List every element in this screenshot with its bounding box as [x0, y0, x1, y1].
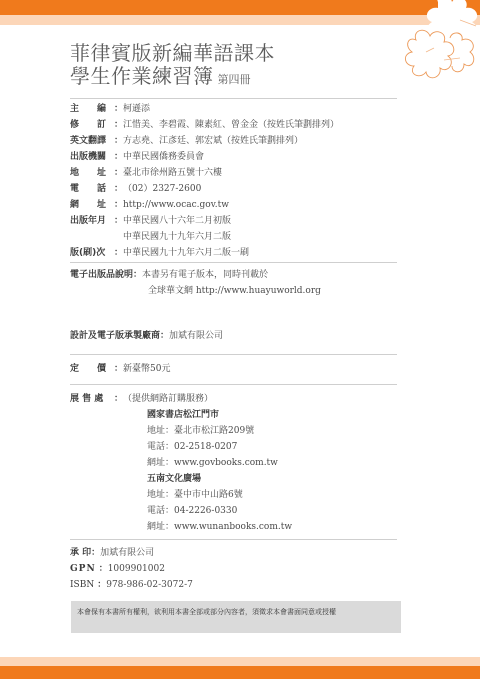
printer-value: 加斌有限公司 — [100, 545, 154, 561]
separator: ： — [114, 391, 123, 407]
credit-value: 柯遜添 — [123, 101, 150, 117]
credits-block: 主 編：柯遜添 修 訂：江惜美、李碧霞、陳素紅、曾金金（按姓氏筆劃排列） 英文翻… — [70, 101, 339, 261]
isbn-value: 978-986-02-3072-7 — [106, 577, 193, 593]
shop-name: 五南文化廣場 — [147, 471, 292, 487]
separator: ： — [114, 165, 123, 181]
price-row: 定 價：新臺幣50元 — [70, 361, 170, 377]
separator: ： — [133, 267, 142, 283]
credit-value: 江惜美、李碧霞、陳素紅、曾金金（按姓氏筆劃排列） — [123, 117, 339, 133]
ebook-row: 電子出版品說明：本書另有電子版本，同時刊載於 — [70, 267, 321, 283]
ebook-line-1: 本書另有電子版本，同時刊載於 — [142, 267, 268, 283]
credit-row: 中華民國九十九年六月二版 — [70, 229, 339, 245]
credit-label: 電 話 — [70, 181, 114, 197]
credit-row: 網 址：http://www.ocac.gov.tw — [70, 197, 339, 213]
credit-value: 中華民國九十九年六月二版 — [123, 229, 231, 245]
credit-label: 地 址 — [70, 165, 114, 181]
divider — [70, 539, 397, 540]
book-title: 菲律賓版新編華語課本 學生作業練習簿第四冊 — [70, 42, 275, 91]
separator: ： — [114, 197, 123, 213]
design-value: 加斌有限公司 — [169, 328, 223, 344]
shop-phone: 電話：04-2226-0330 — [147, 503, 292, 519]
credit-value: （02）2327-2600 — [123, 181, 201, 197]
gpn-label: GPN — [70, 561, 96, 577]
shop-address: 地址：臺北市松江路209號 — [147, 423, 292, 439]
shop-item: 五南文化廣場 地址：臺中市中山路6號 電話：04-2226-0330 網址：ww… — [70, 471, 292, 535]
title-line-2: 學生作業練習簿第四冊 — [70, 65, 275, 91]
shop-phone: 電話：02-2518-0207 — [147, 439, 292, 455]
design-block: 設計及電子版承製廠商：加斌有限公司 — [70, 328, 223, 344]
credit-value: 中華民國九十九年六月二版一刷 — [123, 245, 249, 261]
separator: ： — [114, 149, 123, 165]
credit-label: 修 訂 — [70, 117, 114, 133]
sales-block: 展 售 處：（提供網路訂購服務） 國家書店松江門市 地址：臺北市松江路209號 … — [70, 391, 292, 535]
shop-website: 網址：www.govbooks.com.tw — [147, 455, 292, 471]
credit-row: 出版機關：中華民國僑務委員會 — [70, 149, 339, 165]
credit-row: 電 話：（02）2327-2600 — [70, 181, 339, 197]
credit-label: 網 址 — [70, 197, 114, 213]
flower-decoration-icon — [390, 0, 480, 100]
credit-row: 出版年月：中華民國八十六年二月初版 — [70, 213, 339, 229]
shop-name: 國家書店松江門市 — [147, 407, 292, 423]
design-row: 設計及電子版承製廠商：加斌有限公司 — [70, 328, 223, 344]
credit-value: 方志堯、江彥廷、郭宏斌（按姓氏筆劃排列） — [123, 133, 303, 149]
price-block: 定 價：新臺幣50元 — [70, 361, 170, 377]
credit-row: 版(刷)次：中華民國九十九年六月二版一刷 — [70, 245, 339, 261]
volume-label: 第四冊 — [218, 73, 251, 86]
separator: ： — [114, 361, 123, 377]
copyright-notice: 本會保有本書所有權利，欲利用本書全部或部分內容者，須徵求本會書面同意或授權 — [71, 601, 401, 633]
print-block: 承 印：加斌有限公司 GPN：1009901002 ISBN：978-986-0… — [70, 545, 193, 593]
credit-label-empty — [70, 229, 123, 245]
credit-value: http://www.ocac.gov.tw — [123, 197, 229, 213]
ebook-label: 電子出版品說明 — [70, 267, 133, 283]
title-line-2-text: 學生作業練習簿 — [70, 64, 214, 88]
design-label: 設計及電子版承製廠商 — [70, 328, 160, 344]
divider — [70, 384, 397, 385]
bottom-orange-bar — [0, 666, 480, 679]
gpn-row: GPN：1009901002 — [70, 561, 193, 577]
credit-row: 英文翻譯：方志堯、江彥廷、郭宏斌（按姓氏筆劃排列） — [70, 133, 339, 149]
divider — [70, 98, 397, 99]
ebook-row: 全球華文網 http://www.huayuworld.org — [70, 283, 321, 299]
separator: ： — [114, 133, 123, 149]
copyright-notice-text: 本會保有本書所有權利，欲利用本書全部或部分內容者，須徵求本會書面同意或授權 — [77, 607, 336, 617]
price-label: 定 價 — [70, 361, 114, 377]
separator: ： — [114, 245, 123, 261]
separator: ： — [114, 117, 123, 133]
printer-label: 承 印 — [70, 545, 91, 561]
shop-address: 地址：臺中市中山路6號 — [147, 487, 292, 503]
bottom-peach-bar — [0, 657, 480, 666]
credit-row: 地 址：臺北市徐州路五號十六樓 — [70, 165, 339, 181]
credit-label: 出版機關 — [70, 149, 114, 165]
divider — [70, 262, 397, 263]
credit-row: 主 編：柯遜添 — [70, 101, 339, 117]
shop-item: 國家書店松江門市 地址：臺北市松江路209號 電話：02-2518-0207 網… — [70, 407, 292, 471]
sales-note: （提供網路訂購服務） — [123, 391, 213, 407]
gpn-value: 1009901002 — [108, 561, 165, 577]
separator: ： — [114, 101, 123, 117]
separator: ： — [114, 213, 123, 229]
credit-label: 英文翻譯 — [70, 133, 114, 149]
shop-website: 網址：www.wunanbooks.com.tw — [147, 519, 292, 535]
sales-row: 展 售 處：（提供網路訂購服務） — [70, 391, 292, 407]
ebook-block: 電子出版品說明：本書另有電子版本，同時刊載於 全球華文網 http://www.… — [70, 267, 321, 299]
credit-label: 出版年月 — [70, 213, 114, 229]
separator: ： — [114, 181, 123, 197]
credit-row: 修 訂：江惜美、李碧霞、陳素紅、曾金金（按姓氏筆劃排列） — [70, 117, 339, 133]
isbn-row: ISBN：978-986-02-3072-7 — [70, 577, 193, 593]
printer-row: 承 印：加斌有限公司 — [70, 545, 193, 561]
sales-label: 展 售 處 — [70, 391, 114, 407]
credit-value: 中華民國僑務委員會 — [123, 149, 204, 165]
separator: ： — [94, 577, 106, 593]
isbn-label: ISBN — [70, 577, 94, 593]
title-line-1: 菲律賓版新編華語課本 — [70, 42, 275, 65]
credit-value: 中華民國八十六年二月初版 — [123, 213, 231, 229]
ebook-line-2: 全球華文網 http://www.huayuworld.org — [148, 283, 321, 299]
separator: ： — [96, 561, 108, 577]
price-value: 新臺幣50元 — [123, 361, 170, 377]
separator: ： — [91, 545, 100, 561]
credit-label: 主 編 — [70, 101, 114, 117]
credit-label: 版(刷)次 — [70, 245, 114, 261]
separator: ： — [160, 328, 169, 344]
divider — [70, 354, 397, 355]
credit-value: 臺北市徐州路五號十六樓 — [123, 165, 222, 181]
